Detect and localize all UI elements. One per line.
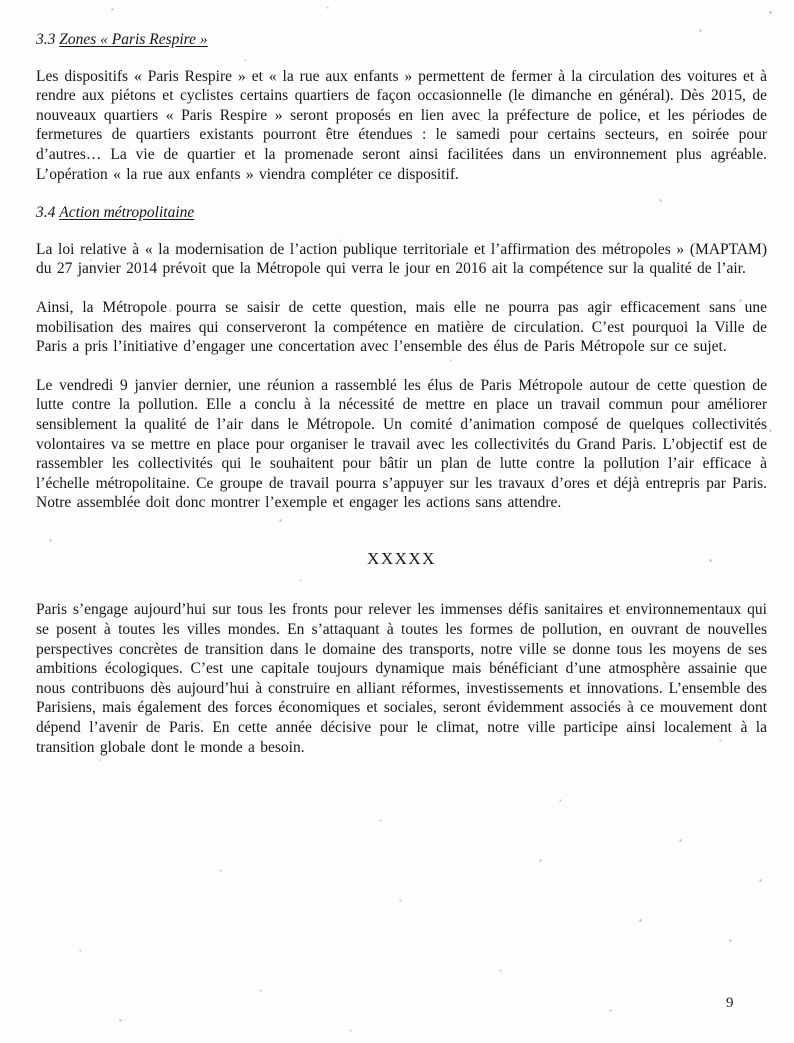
section-heading-3-3: 3.3 Zones « Paris Respire »: [36, 30, 767, 50]
section-separator: XXXXX: [36, 549, 767, 569]
paragraph-reunion-9-janvier: Le vendredi 9 janvier dernier, une réuni…: [36, 376, 767, 513]
page-content: 3.3 Zones « Paris Respire » Les disposit…: [36, 30, 767, 776]
section-title: Action métropolitaine: [59, 204, 194, 221]
section-number: 3.4: [36, 204, 55, 221]
scan-noise: [0, 0, 1, 1]
section-number: 3.3: [36, 31, 55, 48]
paragraph-maptam: La loi relative à « la modernisation de …: [36, 240, 767, 279]
paragraph-metropole-concertation: Ainsi, la Métropole pourra se saisir de …: [36, 298, 767, 357]
document-page: 3.3 Zones « Paris Respire » Les disposit…: [0, 0, 794, 1043]
page-number: 9: [726, 995, 734, 1012]
paragraph-paris-respire: Les dispositifs « Paris Respire » et « l…: [36, 67, 767, 185]
paragraph-conclusion: Paris s’engage aujourd’hui sur tous les …: [36, 600, 767, 757]
section-title: Zones « Paris Respire »: [59, 31, 207, 48]
section-heading-3-4: 3.4 Action métropolitaine: [36, 203, 767, 223]
